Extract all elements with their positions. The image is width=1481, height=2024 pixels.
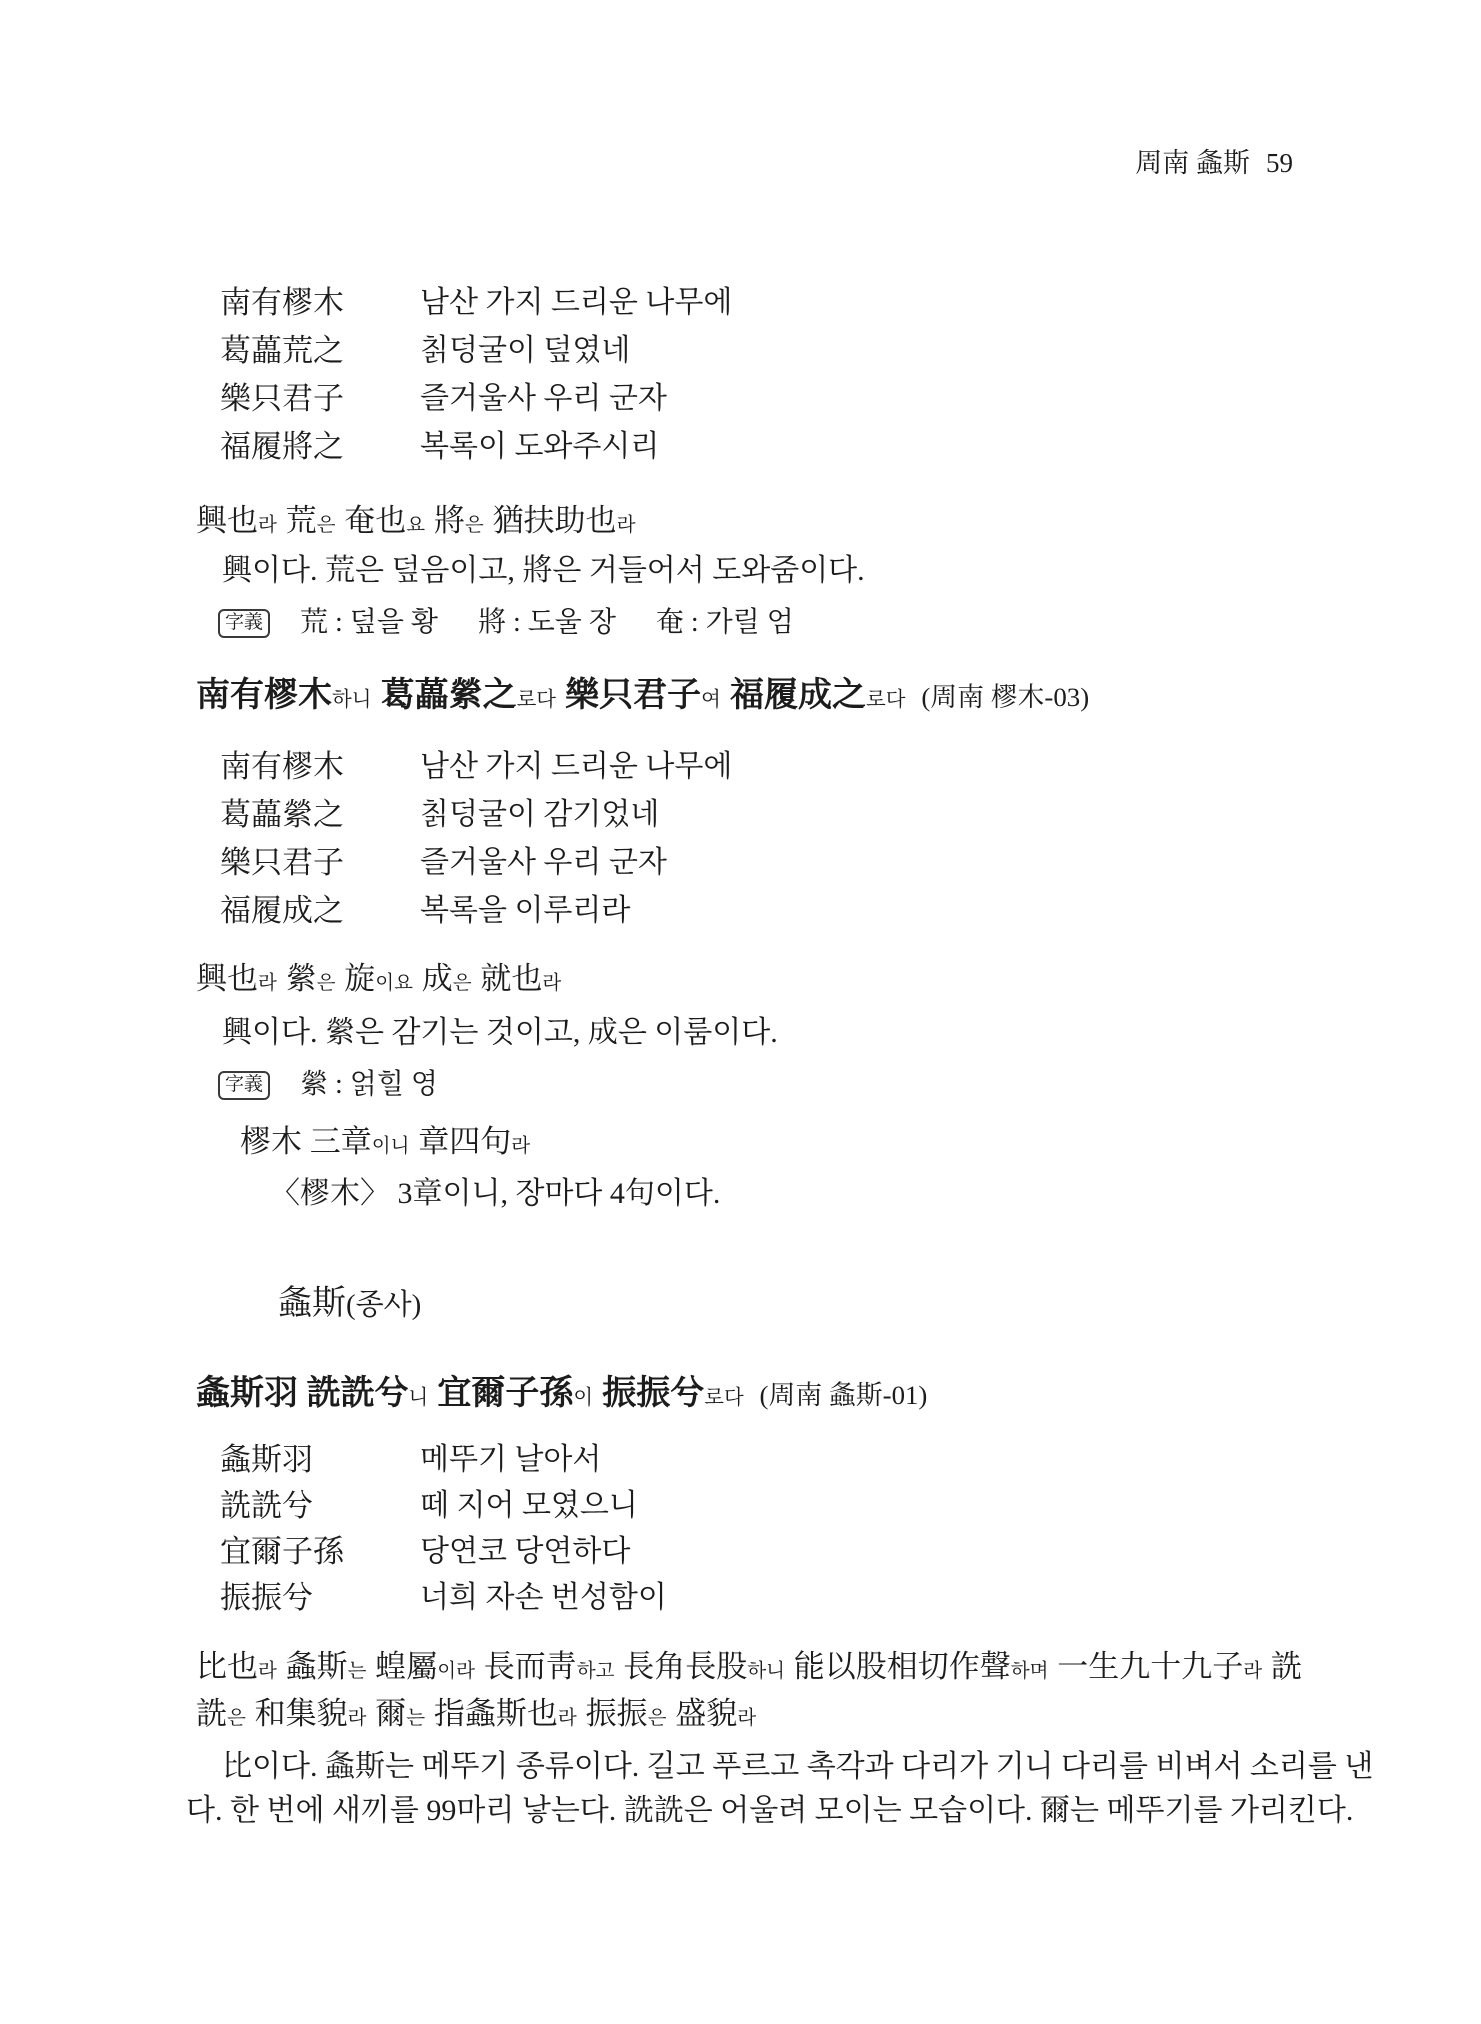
text-segment: 能以股相切作聲 bbox=[794, 1649, 1011, 1684]
running-header: 周南 螽斯59 bbox=[1135, 150, 1293, 177]
verse-korean: 즐거울사 우리 군자 bbox=[420, 382, 667, 417]
text-segment: 指螽斯也 bbox=[434, 1696, 558, 1731]
text-segment: (周南 螽斯-01) bbox=[760, 1380, 928, 1410]
verse-korean: 남산 가지 드리운 나무에 bbox=[420, 286, 732, 321]
verse-row: 詵詵兮 떼 지어 모였으니 bbox=[220, 1489, 667, 1535]
text-segment: 興也 bbox=[196, 503, 258, 538]
text-segment: 라 bbox=[1243, 1661, 1262, 1682]
verse-korean: 칡덩굴이 감기었네 bbox=[420, 798, 659, 833]
text-segment: 將 bbox=[434, 503, 465, 538]
text-segment: 하니 bbox=[747, 1661, 785, 1682]
poem-title-sub: (종사) bbox=[346, 1289, 421, 1321]
stanza-block-gyumok-3: 南有樛木 남산 가지 드리운 나무에 葛藟縈之 칡덩굴이 감기었네 樂只君子 즐… bbox=[220, 750, 732, 942]
verse-korean: 복록을 이루리라 bbox=[420, 894, 630, 929]
commentary-korean-line: 興이다. 縈은 감기는 것이고, 成은 이룸이다. bbox=[222, 1016, 778, 1051]
text-segment: 라 bbox=[511, 1136, 530, 1157]
text-segment: 樂只君子 bbox=[565, 677, 701, 714]
text-segment: 하니 bbox=[332, 689, 371, 711]
commentary-hanja-line: 興也라荒은奄也요將은猶扶助也라 bbox=[196, 504, 635, 538]
jaui-label-box: 字義 bbox=[218, 1071, 270, 1100]
text-segment: 하며 bbox=[1011, 1661, 1049, 1682]
verse-korean: 칡덩굴이 덮였네 bbox=[420, 334, 630, 369]
verse-korean: 남산 가지 드리운 나무에 bbox=[420, 750, 732, 785]
verse-korean: 복록이 도와주시리 bbox=[420, 430, 659, 465]
verse-row: 樂只君子 즐거울사 우리 군자 bbox=[220, 846, 732, 894]
text-segment: 로다 bbox=[704, 1387, 743, 1409]
text-segment: 라 bbox=[542, 973, 561, 994]
stanza-count-hanja: 樛木 三章이니章四句라 bbox=[240, 1125, 530, 1159]
text-segment: 는 bbox=[406, 1708, 425, 1729]
text-segment: 一生九十九子 bbox=[1057, 1649, 1243, 1684]
verse-korean: 너희 자손 번성함이 bbox=[420, 1581, 667, 1616]
text-segment: 南有樛木 bbox=[196, 677, 332, 714]
text-segment: 樛木 三章 bbox=[240, 1124, 372, 1159]
text-segment: 奄也 bbox=[344, 503, 406, 538]
stanza-block-gyumok-2: 南有樛木 남산 가지 드리운 나무에 葛藟荒之 칡덩굴이 덮였네 樂只君子 즐거… bbox=[220, 286, 732, 478]
text-segment: 就也 bbox=[480, 961, 542, 996]
verse-row: 葛藟荒之 칡덩굴이 덮였네 bbox=[220, 334, 732, 382]
poem-title: 螽斯(종사) bbox=[278, 1286, 421, 1322]
text-segment: 요 bbox=[406, 515, 425, 536]
text-segment: 라 bbox=[258, 1661, 277, 1682]
text-segment: 荒 bbox=[286, 503, 317, 538]
verse-hanja: 福履將之 bbox=[220, 430, 420, 464]
verse-korean: 떼 지어 모였으니 bbox=[420, 1489, 638, 1524]
verse-hanja: 螽斯羽 bbox=[220, 1443, 420, 1477]
text-segment: 詵 bbox=[196, 1696, 227, 1731]
verse-korean: 당연코 당연하다 bbox=[420, 1535, 630, 1570]
verse-hanja: 南有樛木 bbox=[220, 750, 420, 784]
verse-hanja: 詵詵兮 bbox=[220, 1489, 420, 1523]
text-segment: 振振兮 bbox=[602, 1375, 704, 1412]
commentary-korean-line: 다. 한 번에 새끼를 99마리 낳는다. 詵詵은 어울려 모이는 모습이다. … bbox=[186, 1794, 1353, 1829]
text-segment: 이니 bbox=[372, 1136, 410, 1157]
text-segment: 라 bbox=[348, 1708, 367, 1729]
text-segment: 이요 bbox=[375, 973, 413, 994]
jaui-line: 字義 荒 : 덮을 황 將 : 도울 장 奄 : 가릴 엄 bbox=[218, 608, 794, 639]
jaui-entry: 將 : 도울 장 bbox=[478, 608, 616, 639]
text-segment: 比也 bbox=[196, 1649, 258, 1684]
poem-title-main: 螽斯 bbox=[278, 1285, 346, 1322]
text-segment: 和集貌 bbox=[255, 1696, 348, 1731]
verse-row: 福履將之 복록이 도와주시리 bbox=[220, 430, 732, 478]
text-segment: 라 bbox=[558, 1708, 577, 1729]
text-segment: 振振 bbox=[586, 1696, 648, 1731]
text-segment: 興也 bbox=[196, 961, 258, 996]
text-segment: 여 bbox=[701, 689, 721, 711]
text-segment: 로다 bbox=[517, 689, 556, 711]
text-segment: 은 bbox=[453, 973, 472, 994]
verse-row: 南有樛木 남산 가지 드리운 나무에 bbox=[220, 286, 732, 334]
verse-korean: 즐거울사 우리 군자 bbox=[420, 846, 667, 881]
verse-korean: 메뚜기 날아서 bbox=[420, 1443, 601, 1478]
text-segment: 縈 bbox=[286, 961, 317, 996]
commentary-hanja-line: 詵은和集貌라爾는指螽斯也라振振은盛貌라 bbox=[196, 1697, 756, 1731]
verse-row: 葛藟縈之 칡덩굴이 감기었네 bbox=[220, 798, 732, 846]
verse-hanja: 振振兮 bbox=[220, 1581, 420, 1615]
text-segment: 爾 bbox=[375, 1696, 406, 1731]
verse-hanja: 宜爾子孫 bbox=[220, 1535, 420, 1569]
commentary-hanja-line: 比也라螽斯는蝗屬이라長而靑하고長角長股하니能以股相切作聲하며一生九十九子라詵 bbox=[196, 1650, 1302, 1684]
verse-row: 螽斯羽 메뚜기 날아서 bbox=[220, 1443, 667, 1489]
text-segment: 니 bbox=[409, 1387, 429, 1409]
commentary-korean-line: 興이다. 荒은 덮음이고, 將은 거들어서 도와줌이다. bbox=[222, 554, 865, 589]
text-segment: 라 bbox=[737, 1708, 756, 1729]
stanza-count-korean: 〈樛木〉 3章이니, 장마다 4句이다. bbox=[270, 1177, 720, 1212]
poem-heading-jongsa-1: 螽斯羽 詵詵兮니宜爾子孫이振振兮로다(周南 螽斯-01) bbox=[196, 1376, 927, 1412]
text-segment: 猶扶助也 bbox=[493, 503, 617, 538]
text-segment: 蝗屬 bbox=[375, 1649, 437, 1684]
text-segment: 宜爾子孫 bbox=[437, 1375, 573, 1412]
verse-hanja: 葛藟縈之 bbox=[220, 798, 420, 832]
page-number: 59 bbox=[1266, 148, 1293, 178]
text-segment: 詵 bbox=[1271, 1649, 1302, 1684]
text-segment: 은 bbox=[465, 515, 484, 536]
text-segment: 福履成之 bbox=[730, 677, 866, 714]
text-segment: 盛貌 bbox=[675, 1696, 737, 1731]
text-segment: 長而靑 bbox=[484, 1649, 577, 1684]
text-segment: 은 bbox=[648, 1708, 667, 1729]
book-page: 周南 螽斯59 南有樛木 남산 가지 드리운 나무에 葛藟荒之 칡덩굴이 덮였네… bbox=[0, 0, 1481, 2024]
verse-hanja: 樂只君子 bbox=[220, 846, 420, 880]
verse-hanja: 葛藟荒之 bbox=[220, 334, 420, 368]
text-segment: 이 bbox=[573, 1387, 593, 1409]
text-segment: 長角長股 bbox=[623, 1649, 747, 1684]
text-segment: 로다 bbox=[866, 689, 905, 711]
stanza-block-jongsa-1: 螽斯羽 메뚜기 날아서 詵詵兮 떼 지어 모였으니 宜爾子孫 당연코 당연하다 … bbox=[220, 1443, 667, 1627]
text-segment: 라 bbox=[258, 973, 277, 994]
verse-row: 振振兮 너희 자손 번성함이 bbox=[220, 1581, 667, 1627]
jaui-label-box: 字義 bbox=[218, 609, 270, 638]
text-segment: 은 bbox=[227, 1708, 246, 1729]
verse-row: 南有樛木 남산 가지 드리운 나무에 bbox=[220, 750, 732, 798]
text-segment: 는 bbox=[348, 1661, 367, 1682]
text-segment: 螽斯 bbox=[286, 1649, 348, 1684]
verse-hanja: 樂只君子 bbox=[220, 382, 420, 416]
text-segment: 旋 bbox=[344, 961, 375, 996]
text-segment: 章四句 bbox=[418, 1124, 511, 1159]
commentary-hanja-line: 興也라縈은旋이요成은就也라 bbox=[196, 962, 561, 996]
text-segment: 은 bbox=[317, 973, 336, 994]
text-segment: 葛藟縈之 bbox=[381, 677, 517, 714]
verse-row: 福履成之 복록을 이루리라 bbox=[220, 894, 732, 942]
jaui-entry: 荒 : 덮을 황 bbox=[300, 608, 438, 639]
text-segment: 이라 bbox=[437, 1661, 475, 1682]
jaui-line: 字義 縈 : 얽힐 영 bbox=[218, 1070, 438, 1101]
running-header-title: 周南 螽斯 bbox=[1135, 148, 1250, 178]
text-segment: 라 bbox=[617, 515, 636, 536]
verse-row: 樂只君子 즐거울사 우리 군자 bbox=[220, 382, 732, 430]
text-segment: 하고 bbox=[577, 1661, 615, 1682]
verse-row: 宜爾子孫 당연코 당연하다 bbox=[220, 1535, 667, 1581]
text-segment: 成 bbox=[422, 961, 453, 996]
commentary-korean-line: 比이다. 螽斯는 메뚜기 종류이다. 길고 푸르고 촉각과 다리가 기니 다리를… bbox=[222, 1750, 1373, 1785]
jaui-entry: 奄 : 가릴 엄 bbox=[656, 608, 794, 639]
text-segment: 라 bbox=[258, 515, 277, 536]
verse-hanja: 南有樛木 bbox=[220, 286, 420, 320]
jaui-entry: 縈 : 얽힐 영 bbox=[300, 1070, 438, 1101]
verse-hanja: 福履成之 bbox=[220, 894, 420, 928]
text-segment: (周南 樛木-03) bbox=[921, 682, 1089, 712]
text-segment: 螽斯羽 詵詵兮 bbox=[196, 1375, 409, 1412]
poem-heading-gyumok-3: 南有樛木하니葛藟縈之로다樂只君子여福履成之로다(周南 樛木-03) bbox=[196, 678, 1089, 714]
text-segment: 은 bbox=[317, 515, 336, 536]
